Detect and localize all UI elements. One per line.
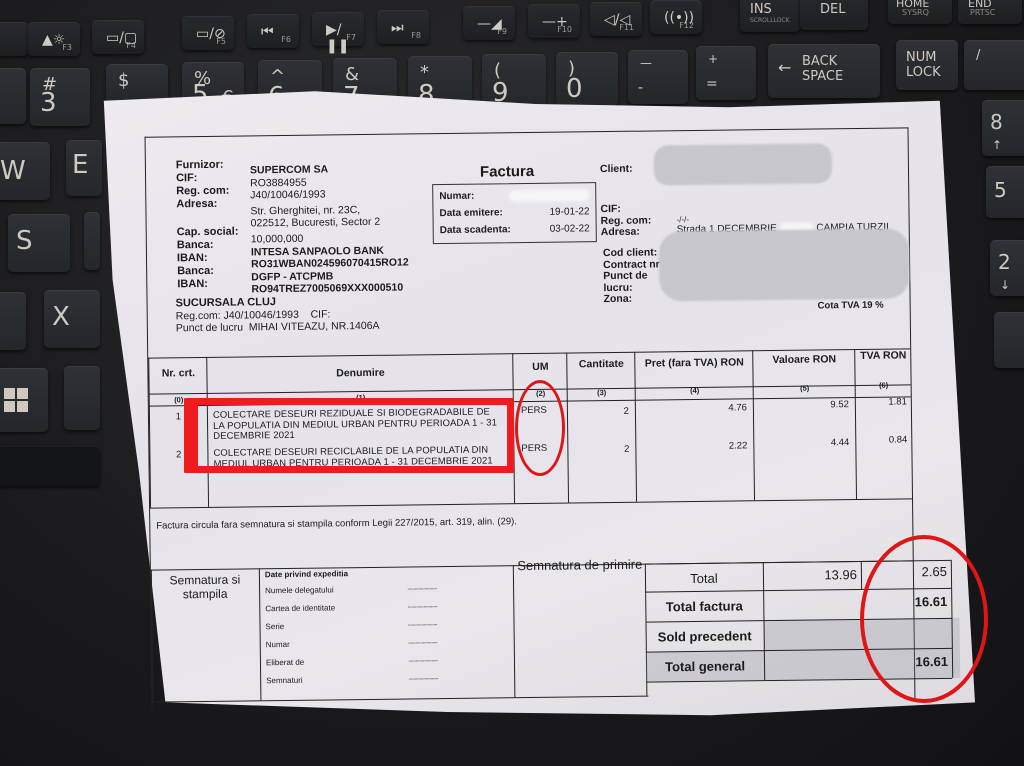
supplier-values: SUPERCOM SA RO3884955 J40/10046/1993 Str… (250, 162, 409, 296)
key-f6: ⏮ F6 (247, 14, 299, 48)
highlight-rectangle-descriptions (184, 398, 514, 473)
signature-stamp-label: Semnatura si stampila (155, 572, 255, 601)
key-0: ) 0 (556, 52, 618, 106)
highlight-oval-um (515, 380, 565, 476)
client-reg-com: -/-/- (677, 215, 690, 224)
arrow-down-icon: ↓ (1000, 278, 1010, 292)
vat-rate: Cota TVA 19 % (818, 300, 884, 312)
key-backspace: ← BACK SPACE (768, 44, 880, 98)
shipping-data-title: Date privind expeditia (265, 569, 348, 579)
key-end: END PRTSC (958, 0, 1022, 24)
key-f4: ▭/▢ F4 (92, 20, 144, 54)
branch-info: SUCURSALA CLUJ Reg.com: J40/10046/1993 C… (175, 295, 379, 335)
branch-work-point: Punct de lucru MIHAI VITEAZU, NR.1406A (176, 320, 380, 335)
col-header-um: UM (514, 361, 566, 374)
previous-track-icon: ⏮ (261, 24, 274, 40)
key-numlock: NUM LOCK (896, 40, 958, 90)
key-f3: ▲☼ F3 (28, 22, 80, 56)
invoice-info-box: Numar: Data emitere: 19-01-22 Data scade… (432, 182, 597, 244)
key-f9: —◢ F9 (463, 6, 515, 40)
supplier-address-2: 022512, Bucuresti, Sector 2 (251, 216, 409, 231)
key-f2 (0, 22, 28, 56)
supplier-labels: Furnizor: CIF: Reg. com: Adresa: Cap. so… (176, 159, 239, 292)
key-ins: INS SCROLLLOCK (740, 0, 800, 32)
key-slash: / (964, 40, 1024, 90)
key-z (0, 292, 26, 350)
col-header-valoare: Valoare RON (754, 353, 854, 366)
client-details-redacted (659, 228, 910, 301)
invoice-footer: Semnatura si stampila Date privind exped… (151, 560, 915, 709)
col-header-nr: Nr. crt. (150, 367, 206, 380)
invoice-title: Factura (480, 163, 534, 181)
key-f5: ▭/⊘ F5 (182, 16, 234, 50)
due-date: 03-02-22 (550, 223, 590, 240)
key-w: W (0, 142, 50, 200)
key-equals: + = (696, 46, 756, 100)
key-numpad-2: 2 ↓ (990, 240, 1024, 296)
key-4: $ (106, 64, 168, 104)
arrow-left-icon: ← (778, 60, 791, 75)
col-header-pret: Pret (fara TVA) RON (636, 356, 752, 369)
total-label: Total (645, 570, 763, 586)
legal-note: Factura circula fara semnatura si stampi… (156, 516, 517, 531)
col-header-denumire: Denumire (208, 365, 512, 381)
windows-logo-icon (4, 388, 28, 412)
next-track-icon: ⏭ (391, 20, 404, 36)
key-alt (64, 366, 100, 430)
arrow-up-icon: ↑ (992, 138, 1002, 152)
col-header-cantitate: Cantitate (568, 358, 634, 371)
key-f8: ⏭ F8 (377, 10, 429, 44)
invoice-number-redacted (509, 189, 589, 202)
supplier-iban-1: RO31WBAN024596070415RO12 (251, 257, 409, 272)
grand-total-label: Total general (646, 658, 764, 674)
client-name-redacted (654, 143, 832, 185)
key-space-edge (0, 446, 100, 486)
client-label: Client: (600, 164, 633, 176)
key-home: HOME SYSRQ (888, 0, 952, 24)
supplier-reg-com: J40/10046/1993 (250, 188, 408, 203)
key-3: # 3 (30, 68, 90, 126)
play-pause-icon: ▶/❚❚ (326, 22, 364, 54)
key-numpad-5: 5 (986, 166, 1024, 218)
key-s: S (8, 214, 70, 272)
key-del: DEL (800, 0, 868, 30)
key-f10: —+ F10 (528, 4, 580, 38)
key-f12: ((•)) F12 (650, 0, 702, 34)
key-windows (0, 368, 48, 432)
receipt-signature-label: Semnatura de primire (517, 558, 643, 574)
key-f7: ▶/❚❚ F7 (312, 12, 364, 46)
key-d (84, 212, 100, 270)
key-numpad-8: 8 ↑ (982, 100, 1024, 156)
key-2 (0, 68, 26, 124)
key-x: X (44, 290, 100, 348)
highlight-oval-totals (860, 535, 988, 703)
col-header-tva: TVA RON (856, 348, 910, 363)
supplier-iban-2: RO94TREZ7005069XXX000510 (251, 282, 409, 297)
key-f11: ◁/◁ F11 (590, 2, 642, 36)
previous-balance-label: Sold precedent (646, 628, 764, 644)
key-minus: — - (628, 50, 688, 104)
issue-date: 19-01-22 (549, 206, 589, 223)
key-numpad-0 (994, 312, 1024, 368)
key-e: E (66, 140, 102, 196)
total-value: 13.96 (763, 567, 857, 583)
invoice-total-label: Total factura (645, 598, 763, 614)
